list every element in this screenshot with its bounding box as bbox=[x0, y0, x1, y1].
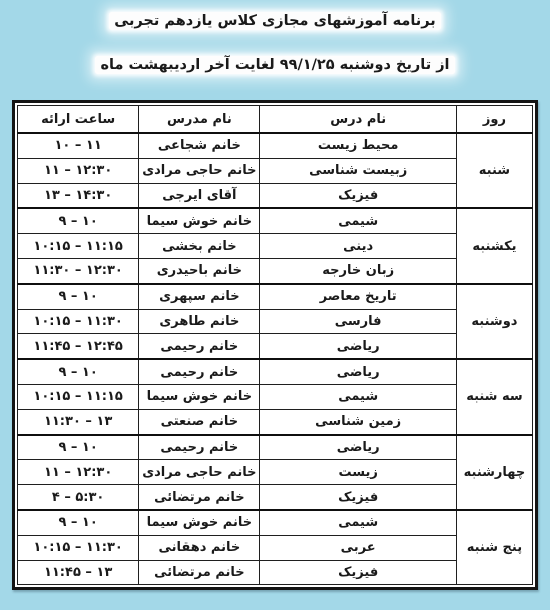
time-cell: ۹ – ۱۰ bbox=[18, 510, 139, 535]
time-range: ۱۱ – ۱۲:۳۰ bbox=[44, 465, 112, 480]
teacher-cell: خانم دهقانی bbox=[139, 535, 260, 560]
lesson-cell: فیزیک bbox=[260, 560, 456, 585]
time-cell: ۱۰:۱۵ – ۱۱:۱۵ bbox=[18, 234, 139, 259]
column-header-teacher: نام مدرس bbox=[139, 106, 260, 134]
schedule-table-frame: روز نام درس نام مدرس ساعت ارائه شنبهمحیط… bbox=[12, 100, 538, 590]
table-row: زبان خارجهخانم باحیدری۱۱:۳۰ – ۱۲:۳۰ bbox=[18, 258, 533, 283]
teacher-cell: خانم رحیمی bbox=[139, 359, 260, 384]
column-header-day: روز bbox=[456, 106, 532, 134]
time-cell: ۴ – ۵:۳۰ bbox=[18, 485, 139, 510]
time-range: ۹ – ۱۰ bbox=[58, 289, 97, 304]
time-range: ۱۰:۱۵ – ۱۱:۱۵ bbox=[33, 389, 122, 404]
time-range: ۱۰:۱۵ – ۱۱:۱۵ bbox=[33, 239, 122, 254]
time-cell: ۹ – ۱۰ bbox=[18, 284, 139, 309]
header-row: روز نام درس نام مدرس ساعت ارائه bbox=[18, 106, 533, 134]
time-range: ۱۰:۱۵ – ۱۱:۳۰ bbox=[33, 540, 122, 555]
teacher-cell: خانم خوش سیما bbox=[139, 510, 260, 535]
lesson-cell: زبان خارجه bbox=[260, 258, 456, 283]
page-title-line1: برنامه آموزشهای مجازی کلاس یازدهم تجربی bbox=[0, 12, 550, 30]
lesson-cell: ریاضی bbox=[260, 334, 456, 359]
time-cell: ۱۰:۱۵ – ۱۱:۳۰ bbox=[18, 309, 139, 334]
time-cell: ۱۳ – ۱۴:۳۰ bbox=[18, 183, 139, 208]
table-row: پنج شنبهشیمیخانم خوش سیما۹ – ۱۰ bbox=[18, 510, 533, 535]
table-row: فیزیکخانم مرتضائی۴ – ۵:۳۰ bbox=[18, 485, 533, 510]
lesson-cell: دینی bbox=[260, 234, 456, 259]
time-cell: ۱۰:۱۵ – ۱۱:۳۰ bbox=[18, 535, 139, 560]
time-range: ۱۰ – ۱۱ bbox=[54, 138, 101, 153]
table-row: فیزیکخانم مرتضائی۱۱:۴۵ – ۱۳ bbox=[18, 560, 533, 585]
table-row: یکشنبهشیمیخانم خوش سیما۹ – ۱۰ bbox=[18, 208, 533, 233]
table-row: شیمیخانم خوش سیما۱۰:۱۵ – ۱۱:۱۵ bbox=[18, 384, 533, 409]
table-row: ریاضیخانم رحیمی۱۱:۴۵ – ۱۲:۴۵ bbox=[18, 334, 533, 359]
table-row: زمین شناسیخانم صنعتی۱۱:۳۰ – ۱۳ bbox=[18, 409, 533, 434]
teacher-cell: خانم رحیمی bbox=[139, 435, 260, 460]
time-cell: ۹ – ۱۰ bbox=[18, 208, 139, 233]
teacher-cell: خانم خوش سیما bbox=[139, 384, 260, 409]
time-cell: ۱۱:۳۰ – ۱۳ bbox=[18, 409, 139, 434]
column-header-time: ساعت ارائه bbox=[18, 106, 139, 134]
teacher-cell: خانم شجاعی bbox=[139, 133, 260, 158]
lesson-cell: محیط زیست bbox=[260, 133, 456, 158]
time-range: ۱۱:۴۵ – ۱۳ bbox=[44, 565, 112, 580]
lesson-cell: زبیست شناسی bbox=[260, 158, 456, 183]
time-cell: ۱۱ – ۱۲:۳۰ bbox=[18, 158, 139, 183]
table-row: چهارشنبهریاضیخانم رحیمی۹ – ۱۰ bbox=[18, 435, 533, 460]
time-cell: ۹ – ۱۰ bbox=[18, 435, 139, 460]
lesson-cell: فیزیک bbox=[260, 485, 456, 510]
teacher-cell: آقای ایرجی bbox=[139, 183, 260, 208]
lesson-cell: شیمی bbox=[260, 384, 456, 409]
time-range: ۱۰:۱۵ – ۱۱:۳۰ bbox=[33, 314, 122, 329]
time-range: ۱۱:۴۵ – ۱۲:۴۵ bbox=[33, 339, 122, 354]
lesson-cell: شیمی bbox=[260, 208, 456, 233]
lesson-cell: ریاضی bbox=[260, 435, 456, 460]
table-row: عربیخانم دهقانی۱۰:۱۵ – ۱۱:۳۰ bbox=[18, 535, 533, 560]
time-cell: ۱۱:۴۵ – ۱۳ bbox=[18, 560, 139, 585]
teacher-cell: خانم مرتضائی bbox=[139, 560, 260, 585]
lesson-cell: زمین شناسی bbox=[260, 409, 456, 434]
page-title-line2: از تاریخ دوشنبه ۹۹/۱/۲۵ لغایت آخر اردیبه… bbox=[0, 56, 550, 74]
time-range: ۹ – ۱۰ bbox=[58, 214, 97, 229]
lesson-cell: زیست bbox=[260, 460, 456, 485]
time-cell: ۱۱ – ۱۲:۳۰ bbox=[18, 460, 139, 485]
teacher-cell: خانم طاهری bbox=[139, 309, 260, 334]
schedule-body: شنبهمحیط زیستخانم شجاعی۱۰ – ۱۱زبیست شناس… bbox=[18, 133, 533, 585]
table-row: دینیخانم بخشی۱۰:۱۵ – ۱۱:۱۵ bbox=[18, 234, 533, 259]
column-header-lesson: نام درس bbox=[260, 106, 456, 134]
table-row: دوشنبهتاریخ معاصرخانم سپهری۹ – ۱۰ bbox=[18, 284, 533, 309]
teacher-cell: خانم خوش سیما bbox=[139, 208, 260, 233]
teacher-cell: خانم سپهری bbox=[139, 284, 260, 309]
table-row: سه شنبهریاضیخانم رحیمی۹ – ۱۰ bbox=[18, 359, 533, 384]
lesson-cell: عربی bbox=[260, 535, 456, 560]
schedule-table: روز نام درس نام مدرس ساعت ارائه شنبهمحیط… bbox=[17, 105, 533, 585]
time-range: ۱۱:۳۰ – ۱۲:۳۰ bbox=[33, 263, 122, 278]
teacher-cell: خانم باحیدری bbox=[139, 258, 260, 283]
time-cell: ۱۰ – ۱۱ bbox=[18, 133, 139, 158]
time-cell: ۹ – ۱۰ bbox=[18, 359, 139, 384]
table-row: فارسیخانم طاهری۱۰:۱۵ – ۱۱:۳۰ bbox=[18, 309, 533, 334]
teacher-cell: خانم حاجی مرادی bbox=[139, 460, 260, 485]
time-range: ۹ – ۱۰ bbox=[58, 440, 97, 455]
title-text-2: از تاریخ دوشنبه ۹۹/۱/۲۵ لغایت آخر اردیبه… bbox=[95, 56, 454, 74]
time-range: ۱۱:۳۰ – ۱۳ bbox=[44, 414, 112, 429]
page-header: برنامه آموزشهای مجازی کلاس یازدهم تجربی … bbox=[0, 0, 550, 74]
table-row: زیستخانم حاجی مرادی۱۱ – ۱۲:۳۰ bbox=[18, 460, 533, 485]
day-cell: دوشنبه bbox=[456, 284, 532, 359]
teacher-cell: خانم بخشی bbox=[139, 234, 260, 259]
day-cell: یکشنبه bbox=[456, 208, 532, 283]
day-cell: سه شنبه bbox=[456, 359, 532, 434]
time-cell: ۱۱:۳۰ – ۱۲:۳۰ bbox=[18, 258, 139, 283]
time-cell: ۱۰:۱۵ – ۱۱:۱۵ bbox=[18, 384, 139, 409]
lesson-cell: فیزیک bbox=[260, 183, 456, 208]
lesson-cell: شیمی bbox=[260, 510, 456, 535]
table-row: زبیست شناسیخانم حاجی مرادی۱۱ – ۱۲:۳۰ bbox=[18, 158, 533, 183]
time-cell: ۱۱:۴۵ – ۱۲:۴۵ bbox=[18, 334, 139, 359]
day-cell: پنج شنبه bbox=[456, 510, 532, 585]
time-range: ۱۳ – ۱۴:۳۰ bbox=[44, 188, 112, 203]
lesson-cell: تاریخ معاصر bbox=[260, 284, 456, 309]
teacher-cell: خانم مرتضائی bbox=[139, 485, 260, 510]
lesson-cell: ریاضی bbox=[260, 359, 456, 384]
table-row: فیزیکآقای ایرجی۱۳ – ۱۴:۳۰ bbox=[18, 183, 533, 208]
time-range: ۴ – ۵:۳۰ bbox=[52, 490, 105, 505]
table-row: شنبهمحیط زیستخانم شجاعی۱۰ – ۱۱ bbox=[18, 133, 533, 158]
time-range: ۱۱ – ۱۲:۳۰ bbox=[44, 163, 112, 178]
day-cell: چهارشنبه bbox=[456, 435, 532, 510]
teacher-cell: خانم رحیمی bbox=[139, 334, 260, 359]
time-range: ۹ – ۱۰ bbox=[58, 365, 97, 380]
day-cell: شنبه bbox=[456, 133, 532, 208]
time-range: ۹ – ۱۰ bbox=[58, 515, 97, 530]
teacher-cell: خانم صنعتی bbox=[139, 409, 260, 434]
lesson-cell: فارسی bbox=[260, 309, 456, 334]
teacher-cell: خانم حاجی مرادی bbox=[139, 158, 260, 183]
title-text-1: برنامه آموزشهای مجازی کلاس یازدهم تجربی bbox=[109, 12, 440, 30]
